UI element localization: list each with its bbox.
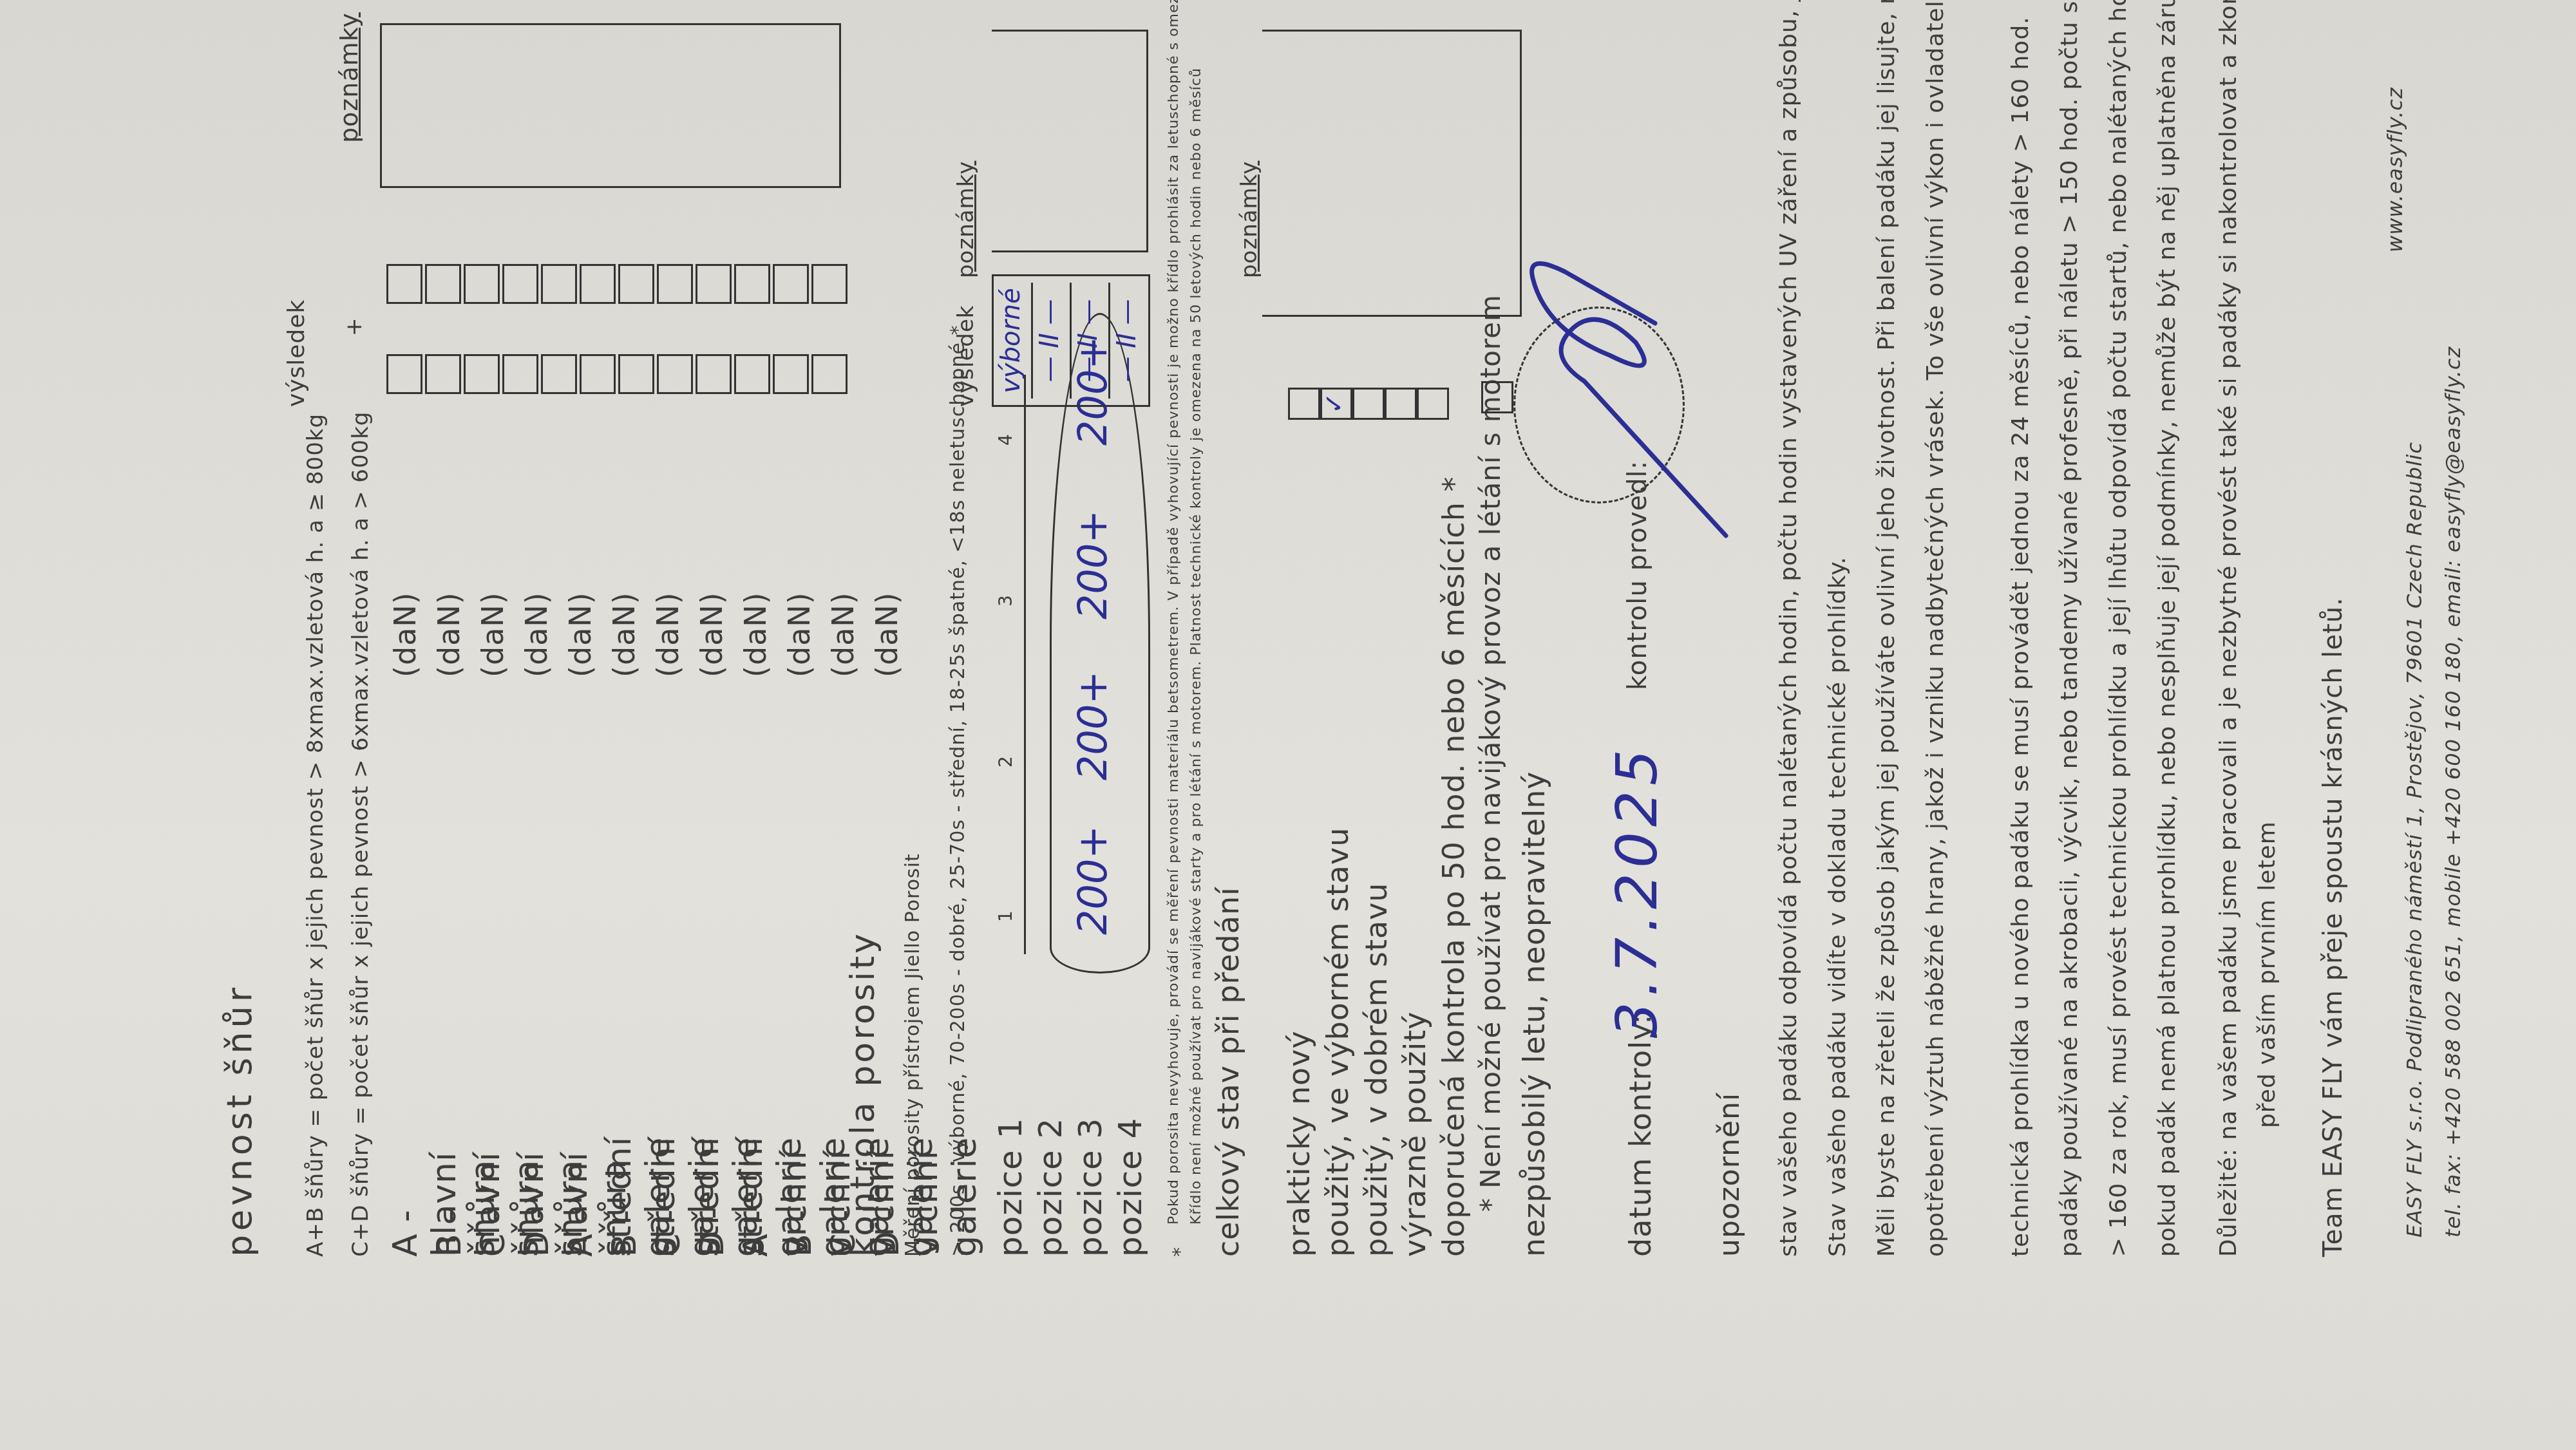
warning-line: Měli byste na zřeteli že způsob jakým je…	[1862, 0, 1911, 1257]
porosity-result-value: — II —	[1112, 283, 1147, 399]
warning-line: Stav vašeho padáku vidíte v dokladu tech…	[1814, 0, 1862, 1257]
check-mark-icon: ✓	[1320, 392, 1349, 414]
porosity-result-table: výborné— II —— II —— II —	[992, 274, 1150, 407]
porosity-result-header: výsledek	[953, 305, 979, 407]
strength-section-title: pevnost šňůr	[219, 984, 260, 1257]
strength-row-unit: (daN)	[650, 592, 685, 677]
footer-web[interactable]: www.easyfly.cz	[2383, 87, 2407, 252]
condition-option-label: doporučená kontrola po 50 hod. nebo 6 mě…	[1436, 476, 1471, 1257]
warning-title: upozornění	[1713, 1093, 1746, 1257]
porosity-scale: > 200s - výborné, 70-200s - dobré, 25-70…	[947, 325, 969, 1257]
strength-result-cell[interactable]	[541, 264, 577, 304]
strength-result-cell[interactable]	[618, 264, 654, 304]
strength-notes-box[interactable]	[380, 23, 841, 188]
condition-notes-box[interactable]	[1262, 30, 1522, 317]
porosity-result-value: — II —	[1035, 283, 1072, 399]
strength-notes-header: poznámky	[335, 12, 363, 143]
strength-row: A - vrchní galerie(daN)	[737, 1137, 781, 1257]
strength-value-cell[interactable]	[618, 354, 654, 394]
warning-line: stav vašeho padáku odpovídá počtu naléta…	[1765, 0, 1814, 1257]
strength-row-unit: (daN)	[431, 592, 466, 677]
important-note-2: před vaším prvním letem	[2254, 821, 2280, 1128]
strength-value-cell[interactable]	[464, 354, 500, 394]
warning-line: opotřebení výztuh náběžné hrany, jakož i…	[1911, 0, 1960, 1257]
condition-checkbox[interactable]: ✓	[1320, 388, 1352, 420]
strength-result-cell[interactable]	[502, 264, 538, 304]
strength-value-cell[interactable]	[696, 354, 732, 394]
strength-row-unit: (daN)	[563, 592, 598, 677]
porosity-result-value: výborné	[996, 283, 1033, 399]
strength-row-unit: (daN)	[826, 592, 860, 677]
measure-header: 3	[995, 594, 1016, 607]
strength-result-cell[interactable]	[773, 264, 809, 304]
strength-value-cell[interactable]	[580, 354, 616, 394]
porosity-row-label: pozice 3	[1072, 1118, 1109, 1257]
strength-result-cell[interactable]	[696, 264, 732, 304]
porosity-row-label: pozice 1	[992, 1118, 1029, 1257]
condition-checkbox[interactable]	[1352, 388, 1385, 420]
condition-title: celkový stav při předání	[1211, 887, 1245, 1257]
strength-result-cell[interactable]	[811, 264, 848, 304]
porosity-footnote-1: Pokud porosita nevyhovuje, provádí se mě…	[1166, 0, 1182, 1225]
strength-row-unit: (daN)	[869, 592, 904, 677]
date-label: datum kontroly:	[1623, 1013, 1658, 1257]
strength-row-unit: (daN)	[694, 592, 729, 677]
plus-marker: +	[341, 317, 367, 337]
strength-row: D - hlavní šňůra(daN)	[518, 1152, 562, 1257]
measure-header: 4	[995, 433, 1016, 446]
unfit-option: nezpůsobilý letu, neopravitelný	[1517, 771, 1551, 1257]
strength-row-unit: (daN)	[607, 592, 641, 677]
strength-value-cell[interactable]	[734, 354, 770, 394]
footer-contact: tel. fax: +420 588 002 651, mobile +420 …	[2441, 346, 2465, 1238]
team-greeting: Team EASY FLY vám přeje spoustu krásných…	[2318, 597, 2348, 1257]
strength-row: B - vrchní galerie(daN)	[781, 1137, 824, 1257]
footnote-marker: *	[1169, 1247, 1191, 1257]
strength-result-cell[interactable]	[425, 264, 461, 304]
porosity-notes-header: poznámky	[953, 161, 979, 278]
porosity-row-label: pozice 2	[1032, 1118, 1069, 1257]
strength-value-cell[interactable]	[773, 354, 809, 394]
measure-header: 2	[995, 755, 1016, 767]
strength-result-header: výsledek	[283, 299, 310, 407]
strength-row-unit: (daN)	[388, 592, 422, 677]
porosity-method: Měření porosity přístrojem Jiello Porosi…	[902, 853, 924, 1257]
condition-checkbox[interactable]	[1417, 388, 1449, 420]
handwritten-oval	[1050, 313, 1150, 974]
measure-header: 1	[995, 910, 1016, 922]
strength-row: A - střední galerie(daN)	[562, 1136, 605, 1257]
condition-option-label: prakticky nový	[1282, 1030, 1316, 1257]
condition-option-label: výrazně použitý	[1397, 1012, 1432, 1257]
strength-row-unit: (daN)	[782, 592, 817, 677]
strength-row: B - střední galerie(daN)	[605, 1136, 649, 1257]
strength-row: C - hlavní šňůra(daN)	[474, 1152, 518, 1257]
strength-row: A - hlavní šňůra(daN)	[386, 1152, 430, 1257]
strength-row-unit: (daN)	[738, 592, 773, 677]
strength-value-cell[interactable]	[502, 354, 538, 394]
footer-company: EASY FLY s.r.o. Podlipraného náměstí 1, …	[2402, 442, 2427, 1238]
inspection-form-page: pevnost šňůr A+B šňůry = počet šňůr x je…	[0, 0, 2576, 1450]
condition-option-label: použitý, v dobrém stavu	[1359, 882, 1394, 1257]
warning-paragraph-2: technická prohlídka u nového padáku se m…	[1996, 0, 2192, 1257]
warning-line: pokud padák nemá platnou prohlídku, nebo…	[2143, 0, 2192, 1257]
strength-value-cell[interactable]	[811, 354, 848, 394]
warning-paragraph-1: stav vašeho padáku odpovídá počtu naléta…	[1765, 0, 1960, 1257]
important-note: Důležité: na vašem padáku jsme pracovali…	[2215, 0, 2242, 1257]
strength-result-cell[interactable]	[657, 264, 693, 304]
condition-option-label: použitý, ve výborném stavu	[1320, 827, 1355, 1257]
measure-header-line	[1024, 375, 1026, 954]
porosity-row-label: pozice 4	[1112, 1118, 1149, 1257]
strength-value-cell[interactable]	[541, 354, 577, 394]
strength-result-cell[interactable]	[386, 264, 422, 304]
condition-checkbox[interactable]	[1288, 388, 1320, 420]
condition-checkbox[interactable]	[1385, 388, 1417, 420]
warning-line: > 160 za rok, musí provést technickou pr…	[2094, 0, 2143, 1257]
warning-line: technická prohlídka u nového padáku se m…	[1996, 0, 2045, 1257]
strength-row-unit: (daN)	[519, 592, 554, 677]
strength-result-cell[interactable]	[580, 264, 616, 304]
porosity-footnote-2: Křídlo není možné používat pro navijákov…	[1188, 68, 1204, 1225]
strength-value-cell[interactable]	[386, 354, 422, 394]
date-value: 3.7.2025	[1604, 744, 1670, 1038]
strength-row: C - střední galerie(daN)	[649, 1136, 693, 1257]
porosity-section-title: kontrola porosity	[844, 931, 882, 1257]
formula-cd: C+D šňůry = počet šňůr x jejich pevnost …	[348, 411, 374, 1257]
signature	[1494, 227, 1739, 549]
strength-row: D - střední galerie(daN)	[693, 1136, 737, 1257]
strength-result-cell[interactable]	[734, 264, 770, 304]
strength-value-cell[interactable]	[657, 354, 693, 394]
strength-result-cell[interactable]	[464, 264, 500, 304]
condition-notes-header: poznámky	[1236, 161, 1262, 278]
formula-ab: A+B šňůry = počet šňůr x jejich pevnost …	[303, 413, 328, 1257]
strength-row-unit: (daN)	[475, 592, 510, 677]
porosity-notes-box[interactable]	[992, 30, 1148, 252]
strength-value-cell[interactable]	[425, 354, 461, 394]
warning-line: padáky používané na akrobacii, výcvik, n…	[2045, 0, 2094, 1257]
strength-row: B - hlavní šňůra(daN)	[430, 1152, 474, 1257]
porosity-result-value: — II —	[1074, 283, 1110, 399]
